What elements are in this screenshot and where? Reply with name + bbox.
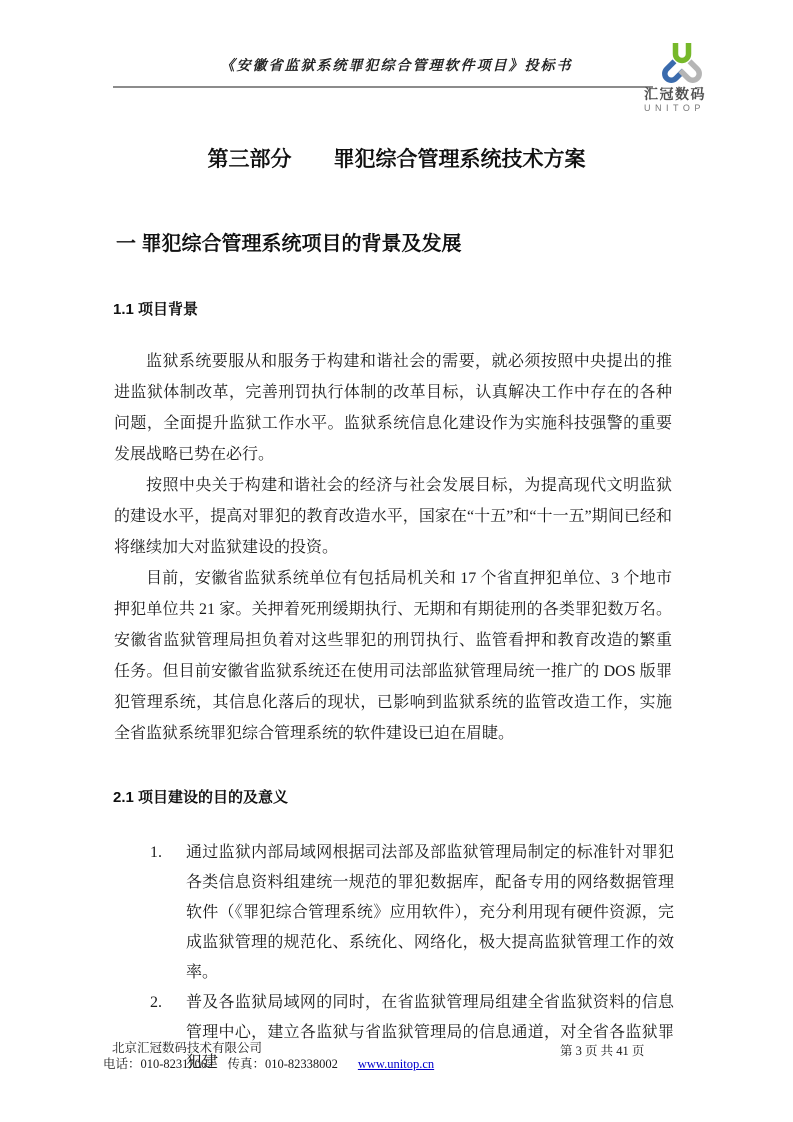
logo-u-green bbox=[676, 43, 689, 61]
unitop-logo-icon bbox=[652, 40, 712, 90]
logo-u-gray bbox=[680, 61, 702, 83]
logo-brand-en: UNITOP bbox=[644, 103, 730, 113]
footer-fax-number: 010-82338002 bbox=[265, 1057, 338, 1071]
header-divider bbox=[113, 86, 653, 88]
document-page: 《安徽省监狱系统罪犯综合管理软件项目》投标书 汇冠数码 UNITOP 第三部分 … bbox=[0, 0, 793, 1122]
list-item-text: 通过监狱内部局域网根据司法部及部监狱管理局制定的标准针对罪犯各类信息资料组建统一… bbox=[186, 838, 674, 988]
footer-company-name: 北京汇冠数码技术有限公司 bbox=[103, 1040, 434, 1056]
footer-contact-line: 电话：010-82317062传真：010-82338002www.unitop… bbox=[103, 1056, 434, 1072]
part-title: 第三部分 罪犯综合管理系统技术方案 bbox=[0, 143, 793, 173]
logo-brand-cn: 汇冠数码 bbox=[644, 87, 730, 101]
list-item: 1. 通过监狱内部局域网根据司法部及部监狱管理局制定的标准针对罪犯各类信息资料组… bbox=[114, 838, 674, 988]
footer-fax-label: 传真： bbox=[227, 1057, 265, 1071]
company-logo: 汇冠数码 UNITOP bbox=[644, 40, 730, 113]
footer-phone-number: 010-82317062 bbox=[141, 1057, 214, 1071]
paragraph: 监狱系统要服从和服务于构建和谐社会的需要，就必须按照中央提出的推进监狱体制改革，… bbox=[114, 346, 672, 470]
footer-website-link[interactable]: www.unitop.cn bbox=[358, 1057, 434, 1071]
footer-company-block: 北京汇冠数码技术有限公司 电话：010-82317062传真：010-82338… bbox=[103, 1040, 434, 1072]
section-heading-1-1: 1.1 项目背景 bbox=[113, 298, 198, 319]
paragraph: 按照中央关于构建和谐社会的经济与社会发展目标，为提高现代文明监狱的建设水平，提高… bbox=[114, 470, 672, 563]
footer-phone-label: 电话： bbox=[103, 1057, 141, 1071]
paragraph: 目前，安徽省监狱系统单位有包括局机关和 17 个省直押犯单位、3 个地市押犯单位… bbox=[114, 563, 672, 749]
list-item-number: 1. bbox=[150, 838, 186, 988]
section-heading-2-1: 2.1 项目建设的目的及意义 bbox=[113, 786, 288, 807]
chapter-heading: 一 罪犯综合管理系统项目的背景及发展 bbox=[116, 227, 462, 256]
footer-page-number: 第 3 页 共 41 页 bbox=[560, 1041, 644, 1059]
